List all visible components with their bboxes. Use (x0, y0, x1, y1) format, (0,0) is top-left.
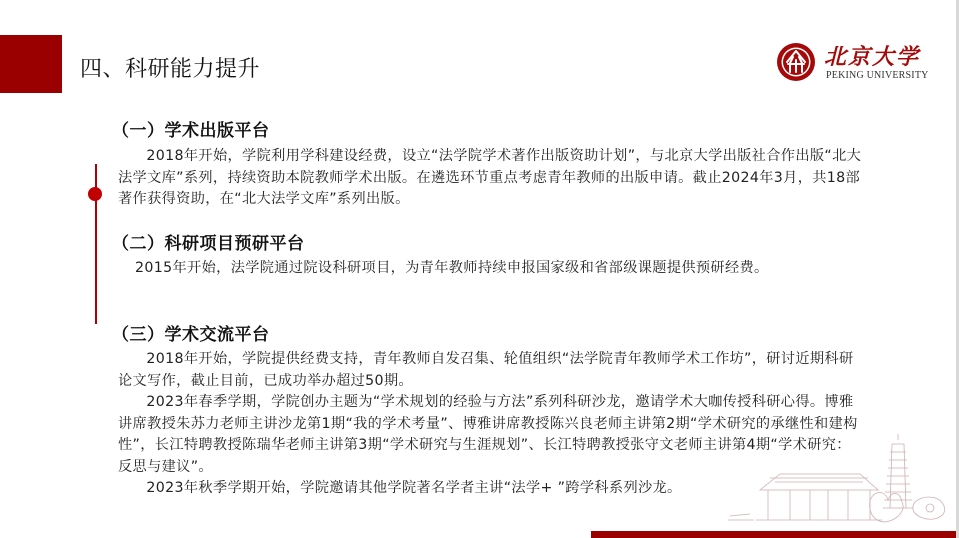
section-body-publishing: 2018年开始，学院利用学科建设经费，设立“法学院学术著作出版资助计划”，与北京… (118, 146, 863, 211)
paragraph: 2018年开始，学院提供经费支持，青年教师自发召集、轮值组织“法学院青年教师学术… (118, 349, 863, 392)
peking-university-emblem-icon (776, 42, 816, 82)
title-accent-block (0, 35, 62, 93)
section-heading-academic-exchange: （三）学术交流平台 (112, 320, 270, 345)
timeline-dot (88, 187, 102, 201)
section-heading-publishing: （一）学术出版平台 (112, 116, 270, 141)
slide: 四、科研能力提升 北京大学 PEKING UNIVERSITY （一）学术出版平… (0, 0, 956, 538)
campus-illustration-icon (720, 430, 956, 530)
paragraph: 2018年开始，学院利用学科建设经费，设立“法学院学术著作出版资助计划”，与北京… (118, 146, 863, 211)
section-body-research-projects: 2015年开始，法学院通过院设科研项目，为青年教师持续申报国家级和省部级课题提供… (118, 258, 863, 280)
footer-accent-bar (591, 531, 956, 538)
logo-chinese-name: 北京大学 (824, 40, 920, 71)
paragraph: 2015年开始，法学院通过院设科研项目，为青年教师持续申报国家级和省部级课题提供… (118, 258, 863, 280)
slide-title: 四、科研能力提升 (80, 52, 260, 83)
logo-english-name: PEKING UNIVERSITY (826, 70, 929, 81)
peking-university-logo: 北京大学 PEKING UNIVERSITY (776, 42, 936, 88)
section-heading-research-projects: （二）科研项目预研平台 (112, 229, 305, 254)
